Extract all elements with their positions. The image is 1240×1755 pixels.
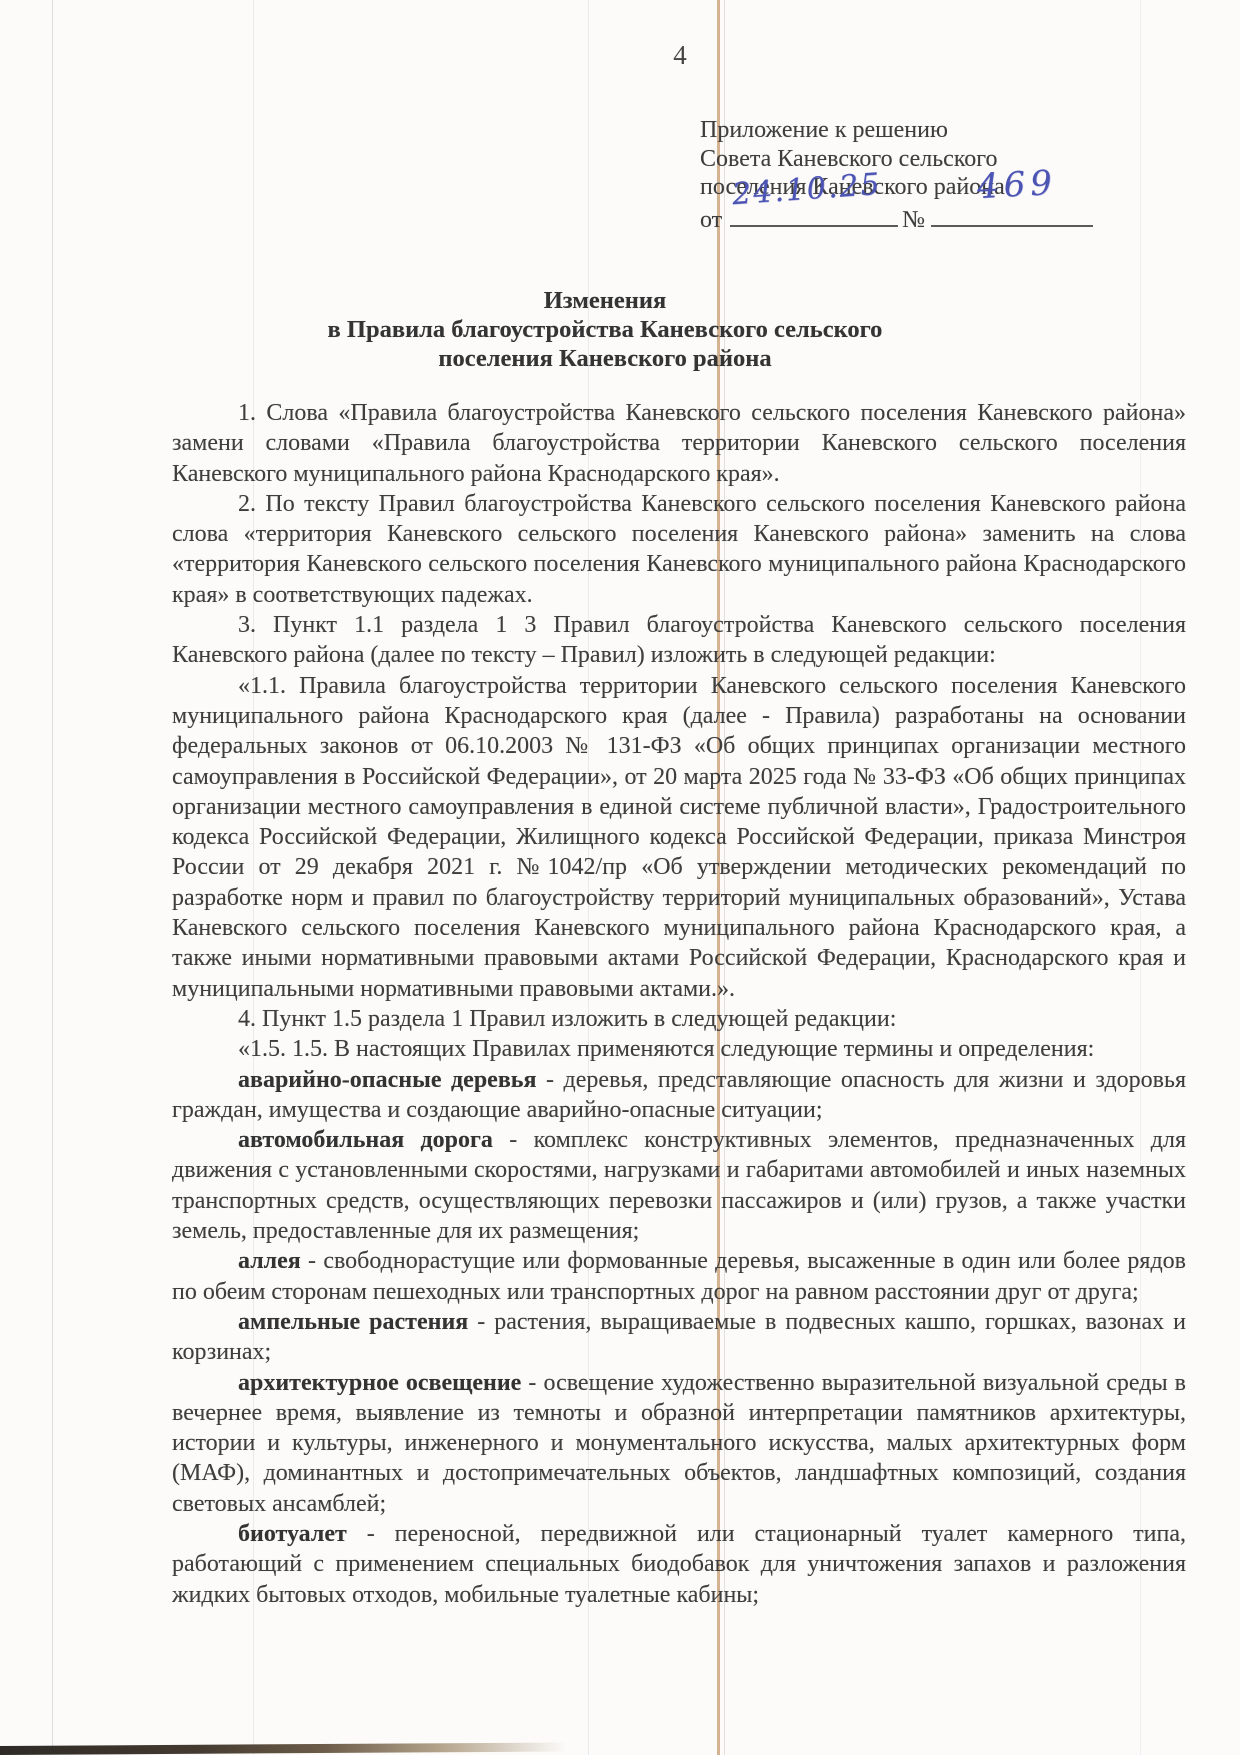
from-label: от: [700, 207, 722, 233]
body-paragraph: 2. По тексту Правил благоустройства Кане…: [172, 489, 1186, 610]
appendix-date-number-line: от24.10.25№469: [700, 203, 1093, 235]
number-sign: №: [902, 207, 925, 233]
body-paragraph: «1.5. 1.5. В настоящих Правилах применяю…: [172, 1034, 1186, 1064]
body-paragraph: «1.1. Правила благоустройства территории…: [172, 671, 1186, 1004]
document-title: Изменения в Правила благоустройства Кане…: [180, 286, 1030, 373]
definition-term: архитектурное освещение: [238, 1370, 521, 1396]
page-number: 4: [660, 40, 700, 71]
definition-term: автомобильная дорога: [238, 1127, 493, 1153]
title-line: поселения Каневского района: [180, 344, 1030, 373]
definition-paragraph: автомобильная дорога - комплекс конструк…: [172, 1125, 1186, 1246]
definition-paragraph: архитектурное освещение - освещение худо…: [172, 1368, 1186, 1519]
scanned-document-page: 4 Приложение к решению Совета Каневского…: [0, 0, 1240, 1755]
definition-paragraph: биотуалет - переносной, передвижной или …: [172, 1519, 1186, 1610]
definition-term: аварийно-опасные деревья: [238, 1067, 536, 1093]
handwritten-date: 24.10.25: [731, 170, 882, 209]
definition-term: биотуалет: [238, 1521, 347, 1547]
definition-term: ампельные растения: [238, 1309, 468, 1335]
appendix-line: Приложение к решению: [700, 116, 1093, 145]
handwritten-number: 469: [976, 168, 1057, 201]
title-line: в Правила благоустройства Каневского сел…: [180, 315, 1030, 344]
number-blank-line: 469: [931, 203, 1093, 227]
body-paragraph: 4. Пункт 1.5 раздела 1 Правил изложить в…: [172, 1004, 1186, 1034]
body-paragraph: 3. Пункт 1.1 раздела 1 3 Правил благоуст…: [172, 610, 1186, 671]
definition-text: - свободнорастущие или формованные дерев…: [172, 1248, 1186, 1304]
definition-paragraph: аллея - свободнорастущие или формованные…: [172, 1246, 1186, 1307]
appendix-reference-block: Приложение к решению Совета Каневского с…: [700, 116, 1093, 234]
title-line: Изменения: [180, 286, 1030, 315]
date-blank-line: 24.10.25: [730, 203, 898, 227]
definition-paragraph: ампельные растения - растения, выращивае…: [172, 1307, 1186, 1368]
definition-term: аллея: [238, 1248, 301, 1274]
definition-paragraph: аварийно-опасные деревья - деревья, пред…: [172, 1065, 1186, 1126]
body-paragraph: 1. Слова «Правила благоустройства Каневс…: [172, 398, 1186, 489]
scan-artifact-line: [52, 0, 53, 1755]
document-body: 1. Слова «Правила благоустройства Каневс…: [172, 398, 1186, 1610]
scan-bottom-edge: [0, 1743, 566, 1755]
